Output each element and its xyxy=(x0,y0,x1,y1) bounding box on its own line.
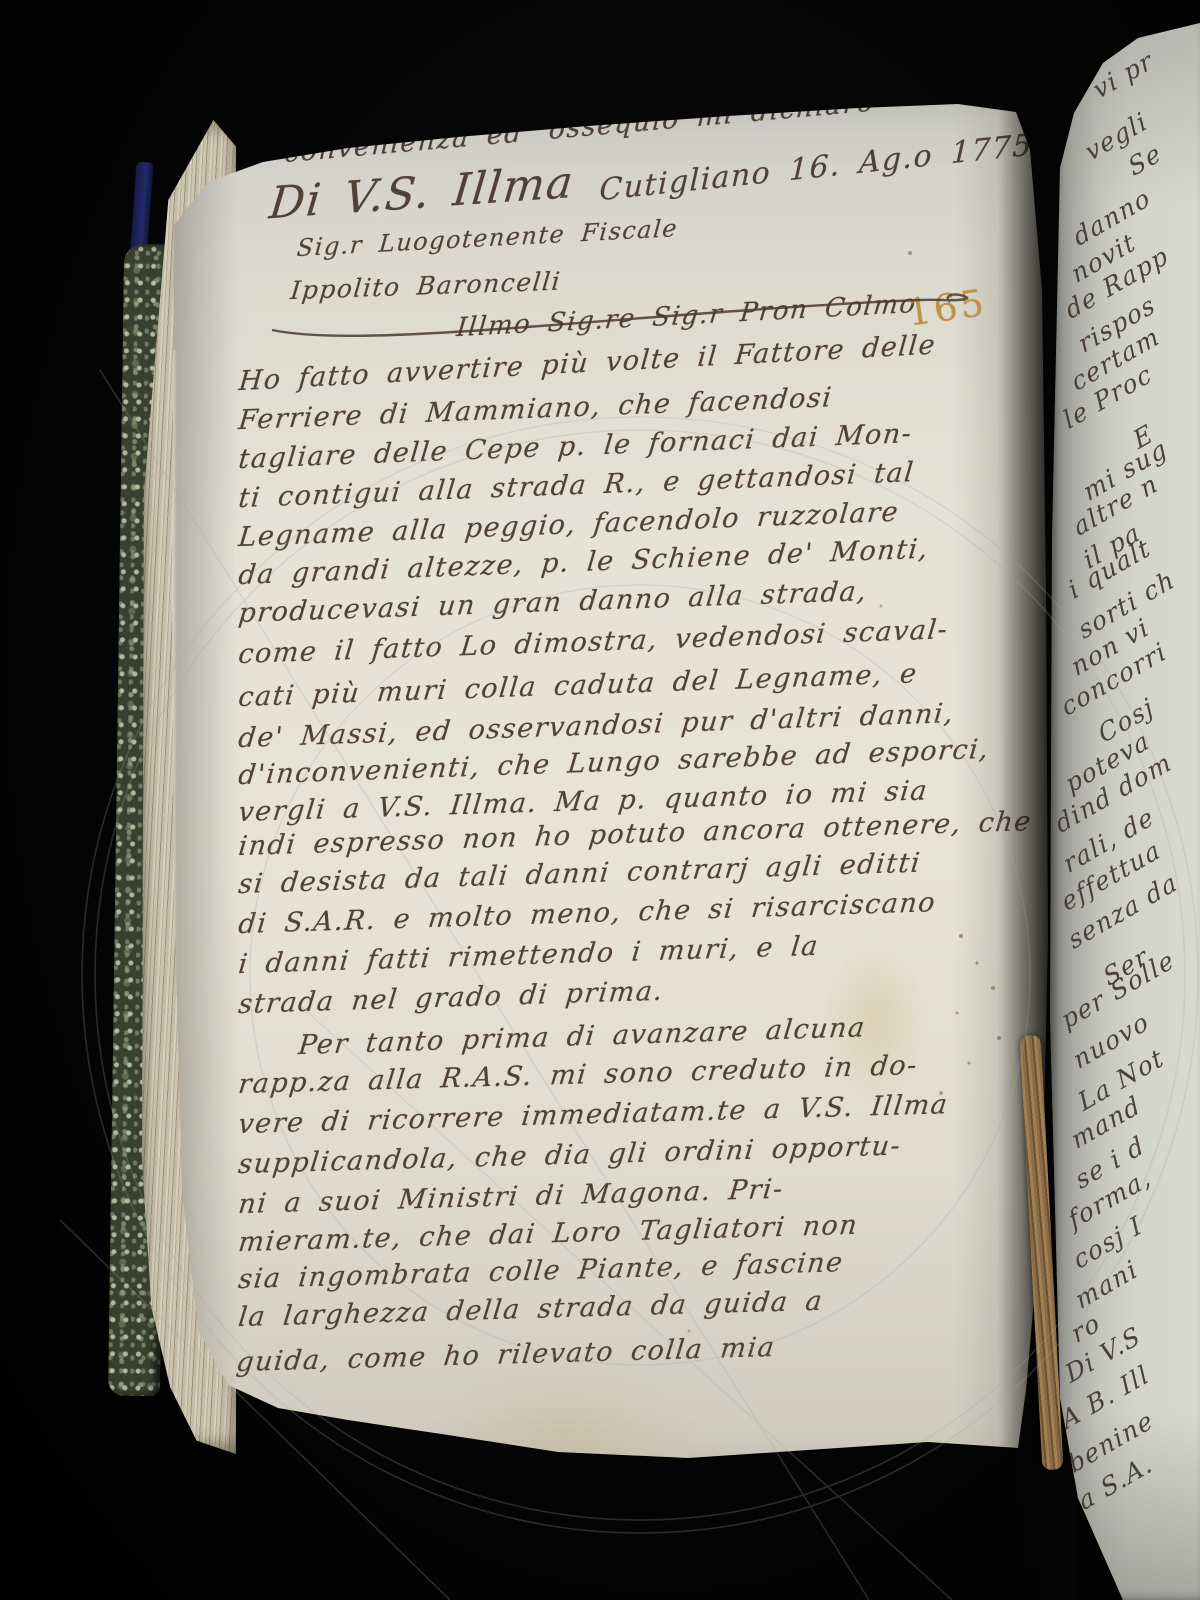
manuscript-line: ni a suoi Ministri di Magona. Pri- xyxy=(237,1176,785,1218)
manuscript-line-fragment: vi pr xyxy=(1090,47,1157,103)
manuscript-line: Di V.S. Illma xyxy=(267,161,576,227)
manuscript-line: strada nel grado di prima. xyxy=(237,978,665,1018)
left-page: convenienza ed' ossequio mi dichiaro Di … xyxy=(168,90,1048,1475)
flourish-rule xyxy=(260,288,980,340)
manuscript-line-fragment: Se xyxy=(1125,140,1165,180)
manuscript-line: Per tanto prima di avanzare alcuna xyxy=(297,1014,867,1059)
manuscript-line: guida, come ho rilevato colla mia xyxy=(235,1334,777,1376)
manuscript-dateline: Cutigliano 16. Ag.o 1775 xyxy=(599,130,1033,206)
manuscript-line: sia ingombrata colle Piante, e fascine xyxy=(237,1249,845,1293)
manuscript-photo: convenienza ed' ossequio mi dichiaro Di … xyxy=(0,0,1200,1600)
manuscript-line: vere di ricorrere immediatam.te a V.S. I… xyxy=(237,1091,950,1138)
manuscript-line: supplicandola, che dia gli ordini opport… xyxy=(237,1132,903,1178)
manuscript-line: i danni fatti rimettendo i muri, e la xyxy=(237,933,820,978)
right-page: vi pr vegli Se danno novit de Rapp rispo… xyxy=(1048,18,1200,1600)
foxing-specks xyxy=(168,90,170,92)
manuscript-line: la larghezza della strada da guida a xyxy=(237,1288,825,1331)
